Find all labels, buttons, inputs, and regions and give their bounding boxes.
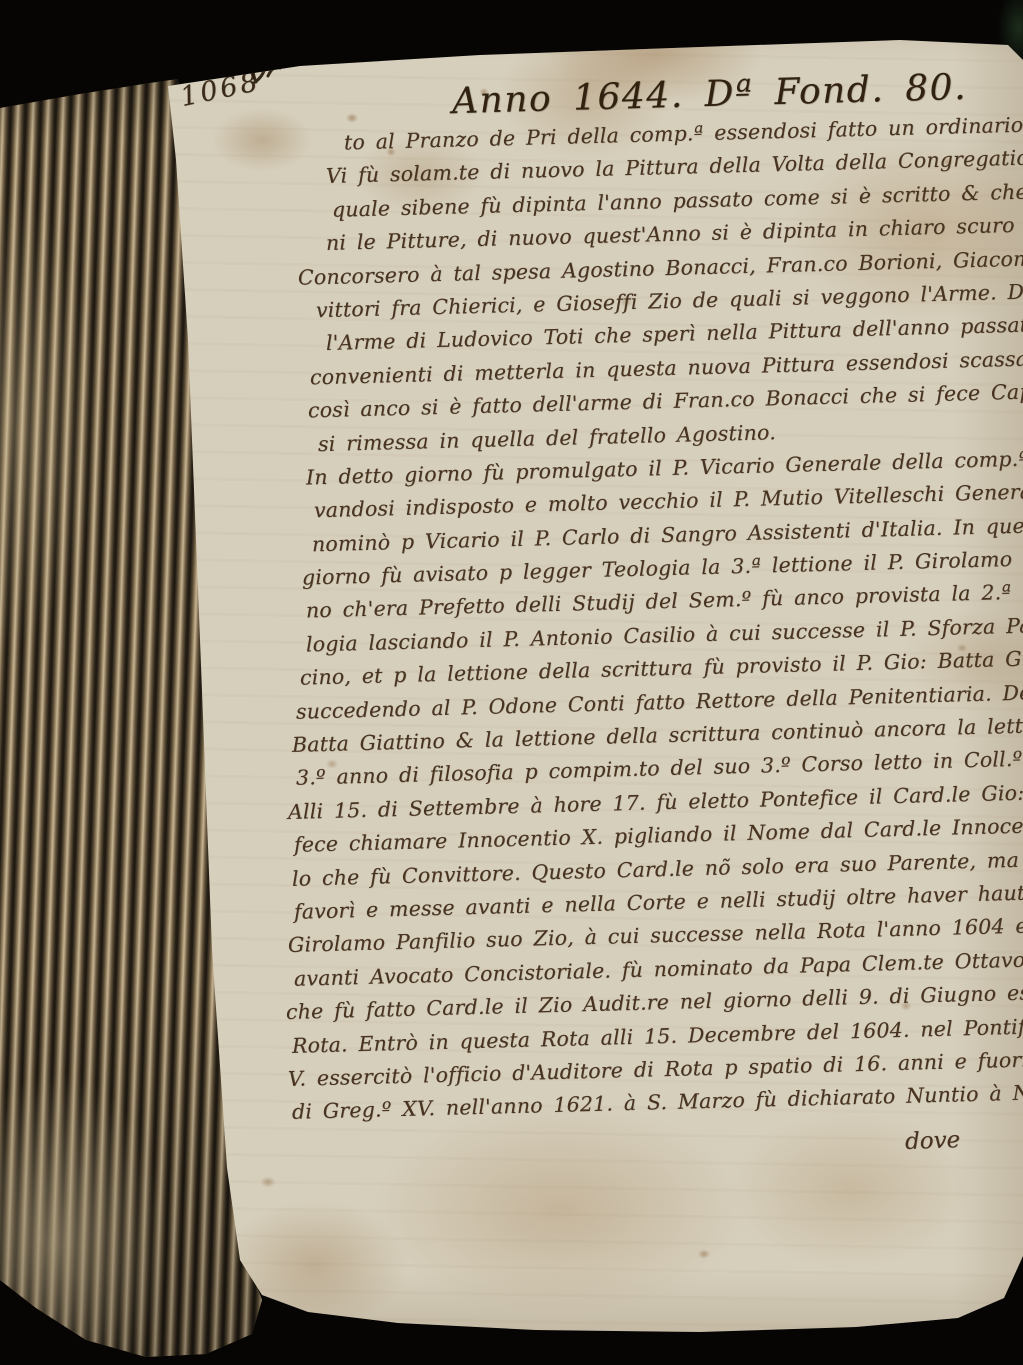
ink-blot [218,38,296,100]
manuscript-photo: 1068 Anno 1644. Dª Fond. 80. [0,0,1023,1365]
ink-blot-marks [218,38,296,96]
manuscript-text-block: to al Pranzo de Pri della comp.ª essendo… [286,128,1006,1130]
catchword: dove [905,1127,961,1155]
